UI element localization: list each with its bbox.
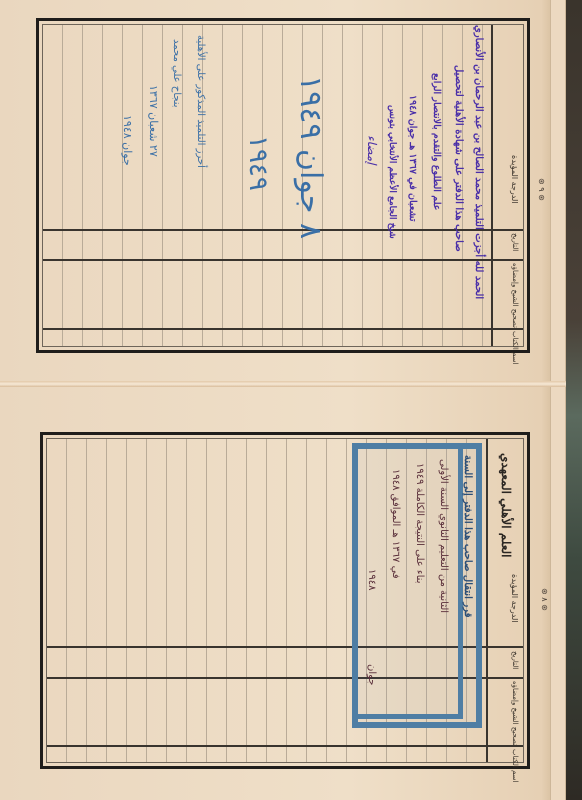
stamp-line-4: في ١٣٦٧ هـ الموافق ١٩٤٨ (390, 469, 401, 579)
signature: إمضاء (365, 135, 379, 164)
header-book-name: اسم الكتاب (511, 331, 519, 364)
stamp-year: ١٩٤٨ (366, 569, 377, 590)
header-date: التاريخ (511, 651, 519, 669)
purple-line-5: شيخ الجامع الأعظم الأنتخابي بتونس (387, 105, 397, 239)
center-fold (0, 381, 566, 387)
header-book-name: اسم الكتاب (511, 749, 519, 782)
header-grade: الدرجة المؤيدة (510, 155, 519, 204)
approval-stamp: قرر انتقال صاحب هذا الدفتر إلى السنة الث… (352, 443, 482, 728)
blue-line-2: بنجاح علي محمد (171, 39, 182, 108)
purple-line-2: صاحب هذا الدفتر على شهادة الأهلية لتحصيل (453, 65, 464, 252)
blue-line-1: أحرز التلميذ المذكور على الأهلية (195, 35, 206, 168)
stamp-date: جوان (366, 664, 377, 685)
column-divider (47, 745, 523, 747)
stamp-line-2: الثانية من التعليم الثانوي السنة الأولى (438, 459, 449, 613)
blue-line-3: ٢٧ شعبان ١٣٦٧ (147, 85, 160, 157)
bottom-page-frame: الدرجة المؤيدة التاريخ تصحيح الشيخ وإمضا… (40, 432, 530, 769)
header-date: التاريخ (511, 233, 519, 251)
stamp-inner-border (358, 714, 463, 719)
column-divider (43, 229, 523, 231)
purple-line-4: تشعبان في ١٣٦٧ هـ جوان ١٩٤٨ (407, 95, 418, 221)
header-sheikh-signature: تصحيح الشيخ وإمضاؤه (511, 263, 519, 328)
stamp-line-1: قرر انتقال صاحب هذا الدفتر إلى السنة (462, 455, 473, 617)
header-grade: الدرجة المؤيدة (510, 574, 519, 623)
blue-line-4: جوان ١٩٤٨ (121, 115, 134, 166)
page-edge (550, 0, 566, 800)
blue-large-year: ١٩٤٩ (243, 135, 273, 191)
blue-large-date: ٨ جوان ١٩٤٩ (293, 75, 328, 239)
column-divider (43, 328, 523, 330)
header-handwriting: العلم الأهلي المعهدي (499, 453, 513, 558)
top-page-number: ⊛ ٩ ⊛ (537, 178, 546, 201)
purple-line-3: علم الطلوع والتقدم بالانتصار الرابع (431, 73, 442, 210)
stamp-line-3: بناء على النتيجة الكاملة ١٩٤٩ (414, 463, 425, 583)
background-table (566, 0, 582, 800)
purple-line-1: الحمد لله أجزت التلميذ محمد الصالح بن عب… (473, 25, 484, 299)
top-page-frame: الدرجة المؤيدة التاريخ تصحيح الشيخ وإمضا… (36, 18, 530, 353)
bottom-page-number: ⊛ ٨ ⊛ (540, 588, 549, 611)
column-divider (43, 259, 523, 261)
top-page-inner-border: الدرجة المؤيدة التاريخ تصحيح الشيخ وإمضا… (42, 24, 524, 347)
bottom-page-inner-border: الدرجة المؤيدة التاريخ تصحيح الشيخ وإمضا… (46, 438, 524, 763)
header-sheikh-signature: تصحيح الشيخ وإمضاؤه (511, 681, 519, 746)
